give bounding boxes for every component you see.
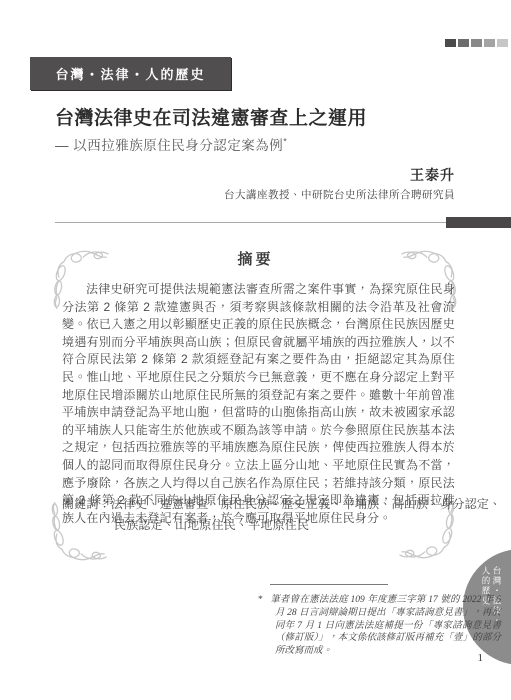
footnote-divider [270,584,388,585]
author-affiliation: 台大講座教授、中研院台史所法律所合聘研究員 [224,187,455,202]
series-header-label: 台灣・法律・人的歷史 [55,64,205,83]
article-subtitle: — 以西拉雅族原住民身分認定案為例* [55,134,287,154]
decor-square-icon [471,39,482,47]
divider-end-block [446,217,511,228]
journal-first-page: 台灣・法律・人的歷史 台灣法律史在司法違憲審查上之運用 — 以西拉雅族原住民身分… [0,0,511,700]
footnote-block: *筆者曾在憲法法庭 109 年度憲三字第 17 號的 2022 年 6 月 28… [258,594,501,658]
series-header-bar: 台灣・法律・人的歷史 [30,57,231,90]
footnote-text: 筆者曾在憲法法庭 109 年度憲三字第 17 號的 2022 年 6 月 28 … [270,595,501,656]
decor-square-icon [497,39,508,47]
footnote-marker: * [258,594,270,607]
decor-square-icon [445,39,456,47]
abstract-heading: 摘要 [0,248,511,269]
keywords-block: 關鍵詞：法律史、違憲審查、原住民族、歷史正義、平埔族、高山族、身分認定、民族認定… [62,494,507,536]
keywords-label: 關鍵詞： [62,497,111,511]
footnote-reference-marker: * [283,137,287,147]
decor-square-icon [484,39,495,47]
decor-squares-row [445,39,508,47]
decor-square-icon [458,39,469,47]
article-title: 台灣法律史在司法違憲審查上之運用 [55,103,367,130]
abstract-body: 法律史研究可提供法規範憲法審查所需之案件事實，為探究原住民身分法第 2 條第 2… [62,281,455,527]
keywords-list: 法律史、違憲審查、原住民族、歷史正義、平埔族、高山族、身分認定、民族認定、山地原… [111,497,501,532]
article-subtitle-text: — 以西拉雅族原住民身分認定案為例 [55,138,283,153]
author-name: 王泰升 [410,165,455,185]
page-number: 1 [478,652,484,664]
divider-line [55,222,447,223]
